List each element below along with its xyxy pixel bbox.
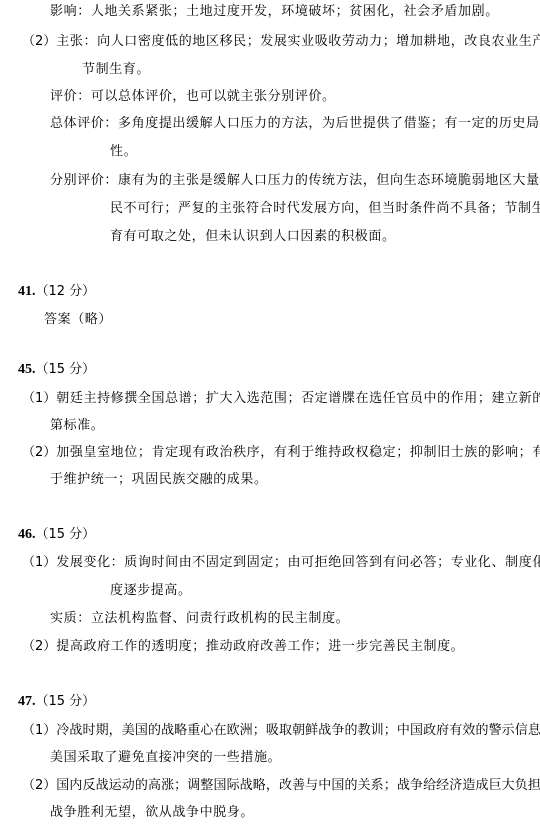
q46-essence-line: 实质：立法机构监督、问责行政机构的民主制度。 (50, 610, 349, 628)
part-marker: （1） (22, 723, 56, 738)
part-marker: （1） (22, 391, 56, 406)
part-marker: （1） (22, 555, 56, 570)
separate-eval-line-3: 育有可取之处，但未认识到人口因素的积极面。 (110, 228, 396, 246)
impact-label: 影响： (50, 4, 91, 19)
part-text: 加强皇室地位；肯定现有政治秩序，有利于维持政权稳定；抑制旧士族的影响；有利 (56, 445, 540, 460)
essence-text: 立法机构监督、问责行政机构的民主制度。 (91, 611, 349, 626)
question-number: 46. (18, 527, 36, 542)
q47-part1-line-2: 美国采取了避免直接冲突的一些措施。 (50, 749, 281, 767)
question-score: （15 分） (36, 694, 96, 709)
proposal-line-2: 节制生育。 (82, 61, 150, 79)
q47-part1-line-1: （1）冷战时期，美国的战略重心在欧洲；吸取朝鲜战争的教训；中国政府有效的警示信息… (22, 722, 540, 740)
q45-part2-line-1: （2）加强皇室地位；肯定现有政治秩序，有利于维持政权稳定；抑制旧士族的影响；有利 (22, 444, 540, 462)
evaluation-line: 评价：可以总体评价，也可以就主张分别评价。 (50, 88, 336, 106)
part-text: 提高政府工作的透明度；推动政府改善工作；进一步完善民主制度。 (56, 639, 464, 654)
question-47-header: 47.（15 分） (18, 693, 95, 711)
overall-eval-text: 多角度提出缓解人口压力的方法，为后世提供了借鉴；有一定的历史局限 (118, 116, 540, 131)
question-46-header: 46.（15 分） (18, 526, 95, 544)
overall-eval-label: 总体评价： (50, 116, 118, 131)
q46-part2-line-1: （2）提高政府工作的透明度；推动政府改善工作；进一步完善民主制度。 (22, 638, 464, 656)
proposal-label: 主张： (56, 34, 97, 49)
part-text: 国内反战运动的高涨；调整国际战略，改善与中国的关系；战争给经济造成巨大负担； (56, 778, 540, 793)
evaluation-label: 评价： (50, 89, 91, 104)
proposal-line-1: （2）主张：向人口密度低的地区移民；发展实业吸收劳动力；增加耕地，改良农业生产； (22, 33, 540, 51)
part-marker: （2） (22, 639, 56, 654)
proposal-text: 向人口密度低的地区移民；发展实业吸收劳动力；增加耕地，改良农业生产； (97, 34, 540, 49)
q45-part1-line-1: （1）朝廷主持修撰全国总谱；扩大入选范围；否定谱牒在选任官员中的作用；建立新的门 (22, 390, 540, 408)
separate-eval-label: 分别评价： (50, 173, 118, 188)
separate-eval-line-1: 分别评价：康有为的主张是缓解人口压力的传统方法，但向生态环境脆弱地区大量移 (50, 172, 540, 190)
part-marker: （2） (22, 34, 56, 49)
question-score: （12 分） (36, 284, 96, 299)
question-41-header: 41.（12 分） (18, 283, 95, 301)
part-marker: （2） (22, 778, 56, 793)
development-text: 质询时间由不固定到固定；由可拒绝回答到有问必答；专业化、制度化程 (124, 555, 540, 570)
part-marker: （2） (22, 445, 56, 460)
q45-part1-line-2: 第标准。 (50, 417, 104, 435)
separate-eval-text: 康有为的主张是缓解人口压力的传统方法，但向生态环境脆弱地区大量移 (118, 173, 540, 188)
development-label: 发展变化： (56, 555, 124, 570)
impact-text: 人地关系紧张；土地过度开发，环境破坏；贫困化，社会矛盾加剧。 (91, 4, 499, 19)
impact-line: 影响：人地关系紧张；土地过度开发，环境破坏；贫困化，社会矛盾加剧。 (50, 3, 499, 21)
q47-part2-line-2: 战争胜利无望，欲从战争中脱身。 (50, 804, 254, 822)
question-number: 41. (18, 284, 36, 299)
q45-part2-line-2: 于维护统一；巩固民族交融的成果。 (50, 471, 268, 489)
overall-eval-line-2: 性。 (110, 143, 137, 161)
separate-eval-line-2: 民不可行；严复的主张符合时代发展方向，但当时条件尚不具备；节制生 (110, 200, 540, 218)
question-number: 45. (18, 362, 36, 377)
part-text: 朝廷主持修撰全国总谱；扩大入选范围；否定谱牒在选任官员中的作用；建立新的门 (56, 391, 540, 406)
question-41-answer: 答案（略） (44, 311, 112, 329)
question-number: 47. (18, 694, 36, 709)
evaluation-text: 可以总体评价，也可以就主张分别评价。 (91, 89, 336, 104)
essence-label: 实质： (50, 611, 91, 626)
overall-eval-line-1: 总体评价：多角度提出缓解人口压力的方法，为后世提供了借鉴；有一定的历史局限 (50, 115, 540, 133)
q47-part2-line-1: （2）国内反战运动的高涨；调整国际战略，改善与中国的关系；战争给经济造成巨大负担… (22, 777, 540, 795)
question-score: （15 分） (36, 527, 96, 542)
question-score: （15 分） (36, 362, 96, 377)
q46-part1-line-1: （1）发展变化：质询时间由不固定到固定；由可拒绝回答到有问必答；专业化、制度化程 (22, 554, 540, 572)
question-45-header: 45.（15 分） (18, 361, 95, 379)
part-text: 冷战时期，美国的战略重心在欧洲；吸取朝鲜战争的教训；中国政府有效的警示信息； (56, 723, 540, 738)
q46-part1-line-2: 度逐步提高。 (110, 582, 192, 600)
